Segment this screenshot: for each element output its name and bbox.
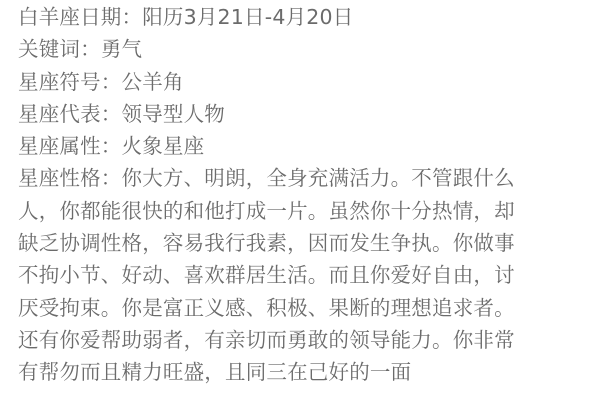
personality-paragraph: 星座性格：你大方、明朗，全身充满活力。不管跟什么 人，你都能很快的和他打成一片。… <box>18 162 590 388</box>
symbol-field: 星座符号：公羊角 <box>18 66 590 98</box>
personality-label: 星座性格： <box>18 166 122 190</box>
keyword-field: 关键词：勇气 <box>18 33 590 65</box>
attribute-label: 星座属性： <box>18 134 122 158</box>
representative-value: 领导型人物 <box>122 102 226 126</box>
personality-line: 星座性格：你大方、明朗，全身充满活力。不管跟什么 <box>18 162 590 194</box>
representative-field: 星座代表：领导型人物 <box>18 98 590 130</box>
attribute-field: 星座属性：火象星座 <box>18 130 590 162</box>
keyword-label: 关键词： <box>18 37 101 61</box>
representative-label: 星座代表： <box>18 102 122 126</box>
zodiac-info-document: 白羊座日期：阳历3月21日-4月20日 关键词：勇气 星座符号：公羊角 星座代表… <box>18 1 590 389</box>
keyword-value: 勇气 <box>101 37 142 61</box>
symbol-value: 公羊角 <box>122 70 184 94</box>
personality-text: 你大方、明朗，全身充满活力。不管跟什么 <box>122 166 515 190</box>
date-field: 白羊座日期：阳历3月21日-4月20日 <box>18 1 590 33</box>
personality-line: 不拘小节、好动、喜欢群居生活。而且你爱好自由，讨 <box>18 259 590 291</box>
personality-line: 人，你都能很快的和他打成一片。虽然你十分热情，却 <box>18 195 590 227</box>
symbol-label: 星座符号： <box>18 70 122 94</box>
date-value: 阳历3月21日-4月20日 <box>142 5 353 29</box>
attribute-value: 火象星座 <box>122 134 205 158</box>
date-label: 白羊座日期： <box>18 5 142 29</box>
personality-line: 厌受拘束。你是富正义感、积极、果断的理想追求者。 <box>18 292 590 324</box>
personality-line-clipped: 有帮勿而且精力旺盛，且同三在己好的一面 <box>18 356 590 388</box>
personality-line: 缺乏协调性格，容易我行我素，因而发生争执。你做事 <box>18 227 590 259</box>
personality-line: 还有你爱帮助弱者，有亲切而勇敢的领导能力。你非常 <box>18 324 590 356</box>
